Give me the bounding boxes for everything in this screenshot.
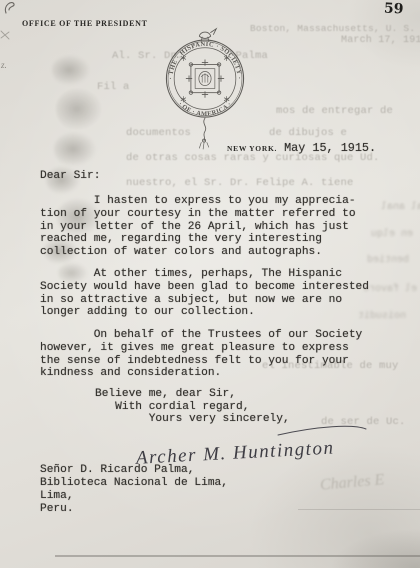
crease-line [298, 509, 420, 510]
place-label: NEW YORK. [227, 144, 277, 153]
ghost-smudge: el favore [363, 284, 417, 295]
signature-flourish-icon [278, 426, 366, 435]
page-number-annotation: 59 [384, 1, 404, 18]
salutation-text: Dear Sir: [40, 170, 100, 183]
ghost-text-line: Boston, Massachusetts, U. S. A. [250, 23, 420, 34]
paragraph: At other times, perhaps, The Hispanic So… [40, 268, 369, 319]
ghost-text-line: March 17, 1915 [341, 35, 420, 46]
ghost-smudge: al anal [381, 202, 420, 213]
seal-center-emblem [181, 55, 229, 102]
pencil-z-mark: z. [1, 60, 7, 70]
stain-mark [52, 55, 90, 85]
ghost-handwriting: Charles E [319, 471, 385, 495]
paragraph: On behalf of the Trustees of our Society… [40, 329, 362, 380]
pencil-squiggle-mark [3, 0, 17, 16]
seal-tassel-icon [199, 118, 208, 149]
paragraph: I hasten to express to you my apprecia- … [40, 195, 356, 259]
office-of-president-label: OFFICE OF THE PRESIDENT [22, 19, 148, 28]
ghost-text-line: Fil a [97, 81, 130, 93]
seal-ribbon-icon [199, 29, 216, 41]
scanned-letter-page: Boston, Massachusetts, U. S. A. March 17… [0, 0, 420, 568]
ghost-text-line: nuestro, el Sr. Dr. Felipe A. tiene [126, 177, 354, 189]
stain-mark [56, 88, 102, 130]
ghost-text-line: mos de entregar de [276, 105, 393, 117]
dateline: NEW YORK. May 15, 1915. [227, 142, 376, 155]
recipient-address: Señor D. Ricardo Palma, Biblioteca Nacio… [40, 464, 228, 516]
ghost-smudge: bentied [367, 255, 409, 266]
pencil-x-mark [0, 29, 12, 41]
stain-mark [54, 132, 96, 166]
hispanic-society-seal: · THE · HISPANIC · SOCIETY · · OF · AMER… [158, 24, 252, 151]
bottom-crease-line [55, 555, 420, 557]
date-text: May 15, 1915. [284, 142, 376, 155]
ghost-smudge: en elqu [371, 229, 413, 240]
